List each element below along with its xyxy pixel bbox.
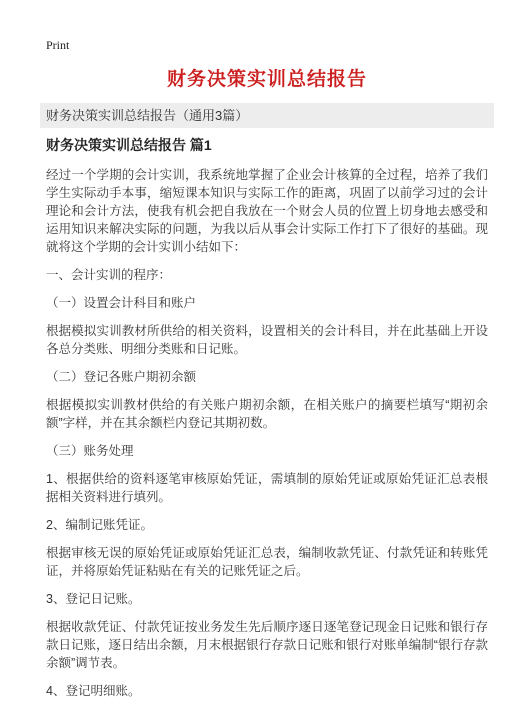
subtitle-bar: 财务决策实训总结报告（通用3篇） [40,103,494,128]
paragraph-intro: 经过一个学期的会计实训，我系统地掌握了企业会计核算的全过程，培养了我们学生实际动… [46,166,488,256]
paragraph-item-3-body: 根据收款凭证、付款凭证按业务发生先后顺序逐日逐笔登记现金日记账和银行存款日记账，… [46,618,488,672]
paragraph-item-3: 3、登记日记账。 [46,590,488,608]
page-title: 财务决策实训总结报告 [46,67,488,93]
paragraph-sub-1: （一）设置会计科目和账户 [46,294,488,312]
paragraph-item-4: 4、登记明细账。 [46,682,488,700]
paragraph-item-2-body: 根据审核无误的原始凭证或原始凭证汇总表，编制收款凭证、付款凭证和转账凭证，并将原… [46,544,488,580]
paragraph-sub-1-body: 根据模拟实训教材所供给的相关资料，设置相关的会计科目，并在此基础上开设各总分类账… [46,322,488,358]
section-heading: 财务决策实训总结报告 篇1 [46,136,488,154]
document-page: Print 财务决策实训总结报告 财务决策实训总结报告（通用3篇） 财务决策实训… [46,0,488,700]
print-link[interactable]: Print [46,38,69,53]
paragraph-item-2: 2、编制记账凭证。 [46,516,488,534]
paragraph-sub-2: （二）登记各账户期初余额 [46,368,488,386]
paragraph-section-1: 一、会计实训的程序： [46,266,488,284]
document-body: 经过一个学期的会计实训，我系统地掌握了企业会计核算的全过程，培养了我们学生实际动… [46,166,488,700]
paragraph-sub-3: （三）账务处理 [46,442,488,460]
paragraph-item-1: 1、根据供给的资料逐笔审核原始凭证，需填制的原始凭证或原始凭证汇总表根据相关资料… [46,470,488,506]
paragraph-sub-2-body: 根据模拟实训教材供给的有关账户期初余额，在相关账户的摘要栏填写“期初余额”字样，… [46,396,488,432]
